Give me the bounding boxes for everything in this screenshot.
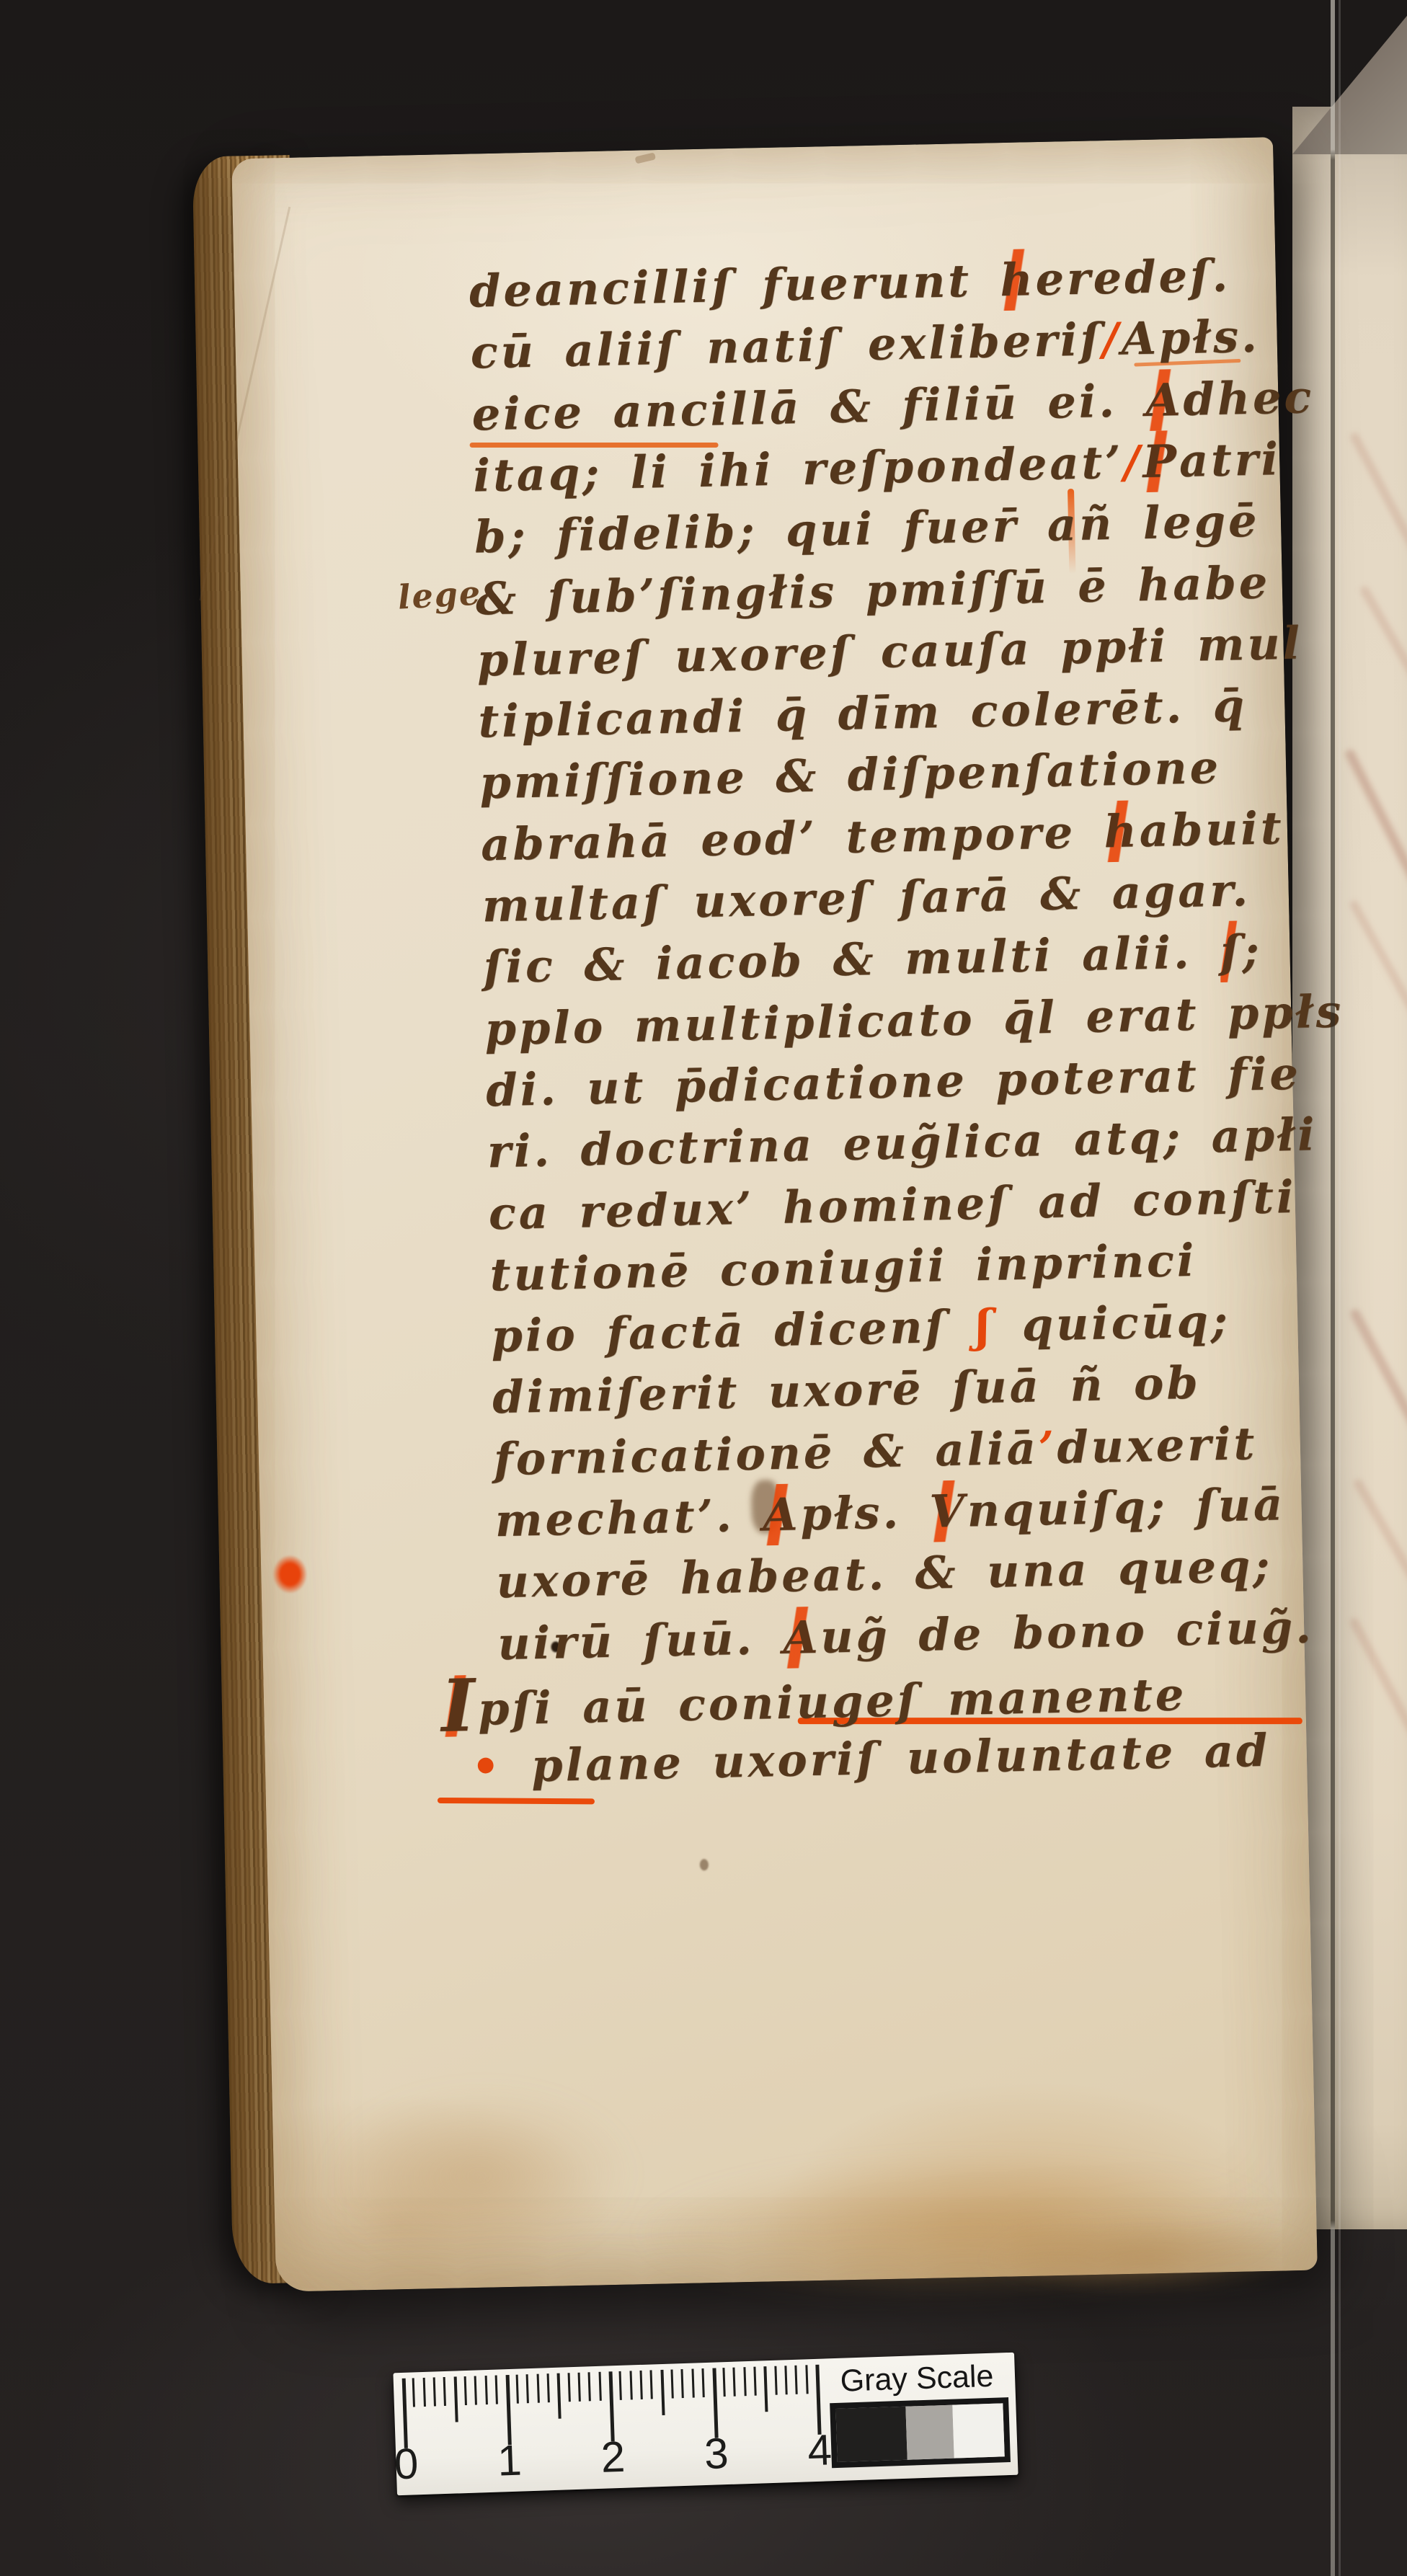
- ruler-tick: [660, 2370, 665, 2415]
- ruler-tick: [702, 2368, 705, 2397]
- text-segment: pmiſſione & diſpenſatione: [479, 741, 1222, 809]
- ruler-tick: [577, 2373, 580, 2402]
- ruler-tick: [526, 2374, 529, 2403]
- ruler-tick: [546, 2373, 549, 2402]
- ruler-tick: [640, 2371, 643, 2399]
- ruler-tick: [495, 2376, 498, 2404]
- scale-ruler-card: 01234 Gray Scale: [393, 2353, 1018, 2495]
- text-segment: ſic & iacob & multi alii.: [483, 925, 1221, 993]
- text-segment: fornicationē & aliā: [493, 1421, 1039, 1485]
- rubricated-initial: A: [782, 1606, 821, 1668]
- showthrough-text-mark: [1349, 900, 1407, 1023]
- ruler-tick: [753, 2367, 756, 2396]
- text-segment: & ſub’ſingłis pmiſſū ē habe: [475, 556, 1271, 625]
- rubricated-initial: ſ: [1220, 921, 1243, 983]
- text-segment: pio factā dicenſ: [491, 1300, 977, 1362]
- rubricated-initial: I: [440, 1675, 479, 1737]
- text-segment: eice ancillā & filiū ei.: [471, 374, 1146, 441]
- showthrough-text-mark: [1359, 585, 1407, 732]
- ruler-tick: [784, 2366, 787, 2394]
- ruler-tick: [691, 2369, 694, 2398]
- gray-scale-label: Gray Scale: [824, 2358, 1009, 2399]
- text-segment: uxorē habeat. & una queq;: [496, 1540, 1273, 1609]
- text-segment: deancilliſ fuerunt: [469, 254, 1000, 317]
- ruler-number: 2: [600, 2435, 626, 2480]
- text-segment: ug̃ de bono ciug̃.: [820, 1600, 1315, 1663]
- text-segment: tutionē coniugii inprinci: [489, 1234, 1197, 1302]
- rubricated-initial: h: [1000, 249, 1037, 311]
- text-segment: plane uxoriſ uoluntate ad: [502, 1724, 1271, 1793]
- rubric-mark: ’: [1038, 1421, 1057, 1475]
- ruler-tick: [443, 2377, 446, 2406]
- text-segment: uirū ſuū.: [497, 1611, 784, 1669]
- rubricated-initial: A: [762, 1483, 801, 1545]
- ruler-tick: [484, 2376, 487, 2404]
- text-segment: tiplicandi q̄ dīm colerēt. q̄: [478, 679, 1248, 747]
- ruler-tick: [681, 2369, 684, 2398]
- text-segment: ;: [1242, 925, 1262, 978]
- showthrough-text-mark: [1349, 431, 1407, 569]
- ruler-tick: [650, 2370, 653, 2399]
- plexiglass-edge-line: [1331, 0, 1335, 2576]
- plexiglass-highlight-line: [1339, 0, 1341, 2576]
- text-segment: nquiſq; ſuā: [967, 1478, 1286, 1537]
- showthrough-text-mark: [1349, 1617, 1407, 1748]
- ruler-tick: [536, 2374, 539, 2403]
- ruler-tick: [795, 2366, 798, 2394]
- ruler-number: 3: [703, 2431, 729, 2477]
- text-segment: mechat’.: [494, 1488, 763, 1547]
- rubricated-initial: P: [1142, 430, 1179, 492]
- ruler-tick: [671, 2369, 674, 2398]
- ruler-tick: [453, 2376, 458, 2422]
- text-segment: dhec: [1183, 370, 1315, 426]
- text-segment: płs.: [800, 1485, 931, 1541]
- ruler-tick: [567, 2373, 570, 2402]
- ruler-tick: [588, 2372, 591, 2401]
- ruler-tick: [805, 2365, 808, 2394]
- ruler-tick: [515, 2375, 518, 2404]
- rubric-mark: /: [1101, 313, 1122, 366]
- showthrough-text-mark: [1349, 1307, 1407, 1452]
- text-segment: b; fidelib; qui fuer̄ añ legē: [474, 494, 1260, 564]
- text-segment: duxerit: [1057, 1417, 1258, 1474]
- ruler-tick: [598, 2372, 601, 2401]
- text-segment: abuit: [1139, 801, 1284, 857]
- ruler-tick: [402, 2379, 408, 2448]
- ruler-number: 4: [807, 2428, 833, 2473]
- rubricated-initial: V: [929, 1480, 968, 1542]
- ruler-tick: [712, 2368, 718, 2438]
- text-segment: abrahā eod’ tempore: [480, 805, 1104, 871]
- ruler-tick: [412, 2378, 415, 2407]
- text-segment: eredeſ.: [1035, 249, 1231, 306]
- ruler-tick: [609, 2371, 615, 2441]
- ruler-tick: [733, 2368, 736, 2397]
- ruler-tick: [557, 2373, 562, 2419]
- gray-scale-patch: [953, 2403, 1005, 2458]
- ruler-tick: [464, 2376, 467, 2405]
- rubric-mark: ʃ: [975, 1300, 994, 1352]
- ruler-tick: [815, 2365, 821, 2435]
- showthrough-text-mark: [1344, 748, 1407, 887]
- text-segment: multaſ uxoreſ ſarā & agar.: [481, 863, 1251, 932]
- text-segment: itaq; li ihi reſpondeat’: [473, 436, 1124, 502]
- gray-scale-patch: [835, 2407, 907, 2462]
- manuscript-page: lege deancilliſ fuerunt heredeſ.cū aliiſ…: [231, 137, 1318, 2292]
- ruler-tick: [433, 2377, 436, 2406]
- text-segment: quicūq;: [993, 1294, 1230, 1352]
- ruler-tick: [474, 2376, 477, 2405]
- ruler-tick: [774, 2366, 777, 2395]
- ruler-tick: [505, 2375, 511, 2445]
- ruler-tick: [743, 2367, 746, 2396]
- ruler-tick: [619, 2371, 622, 2400]
- gray-scale-patch: [906, 2405, 954, 2460]
- ruler-tick: [422, 2378, 425, 2407]
- rubric-mark: /: [1123, 435, 1143, 489]
- rubricated-initial: A: [1145, 368, 1184, 430]
- rubric-mark: •: [471, 1740, 503, 1793]
- ruler-tick: [629, 2371, 632, 2399]
- text-segment: dimiſerit uxorē ſuā ñ ob: [492, 1356, 1201, 1424]
- manuscript-text-block: deancilliſ fuerunt heredeſ.cū aliiſ nati…: [231, 137, 1318, 2292]
- ruler-number: 0: [394, 2441, 419, 2487]
- text-segment: atri: [1179, 432, 1282, 487]
- showthrough-text-mark: [1352, 1478, 1407, 1613]
- ruler-number: 1: [497, 2438, 522, 2484]
- text-segment: cū aliiſ natiſ exliberiſ: [470, 314, 1103, 379]
- ruler-tick: [764, 2366, 768, 2412]
- text-segment: Apłs.: [1121, 310, 1260, 365]
- rubricated-initial: h: [1104, 800, 1140, 862]
- photograph-stage: lege deancilliſ fuerunt heredeſ.cū aliiſ…: [0, 0, 1407, 2576]
- gray-scale-patches: [830, 2397, 1011, 2468]
- ruler-tick: [722, 2368, 725, 2397]
